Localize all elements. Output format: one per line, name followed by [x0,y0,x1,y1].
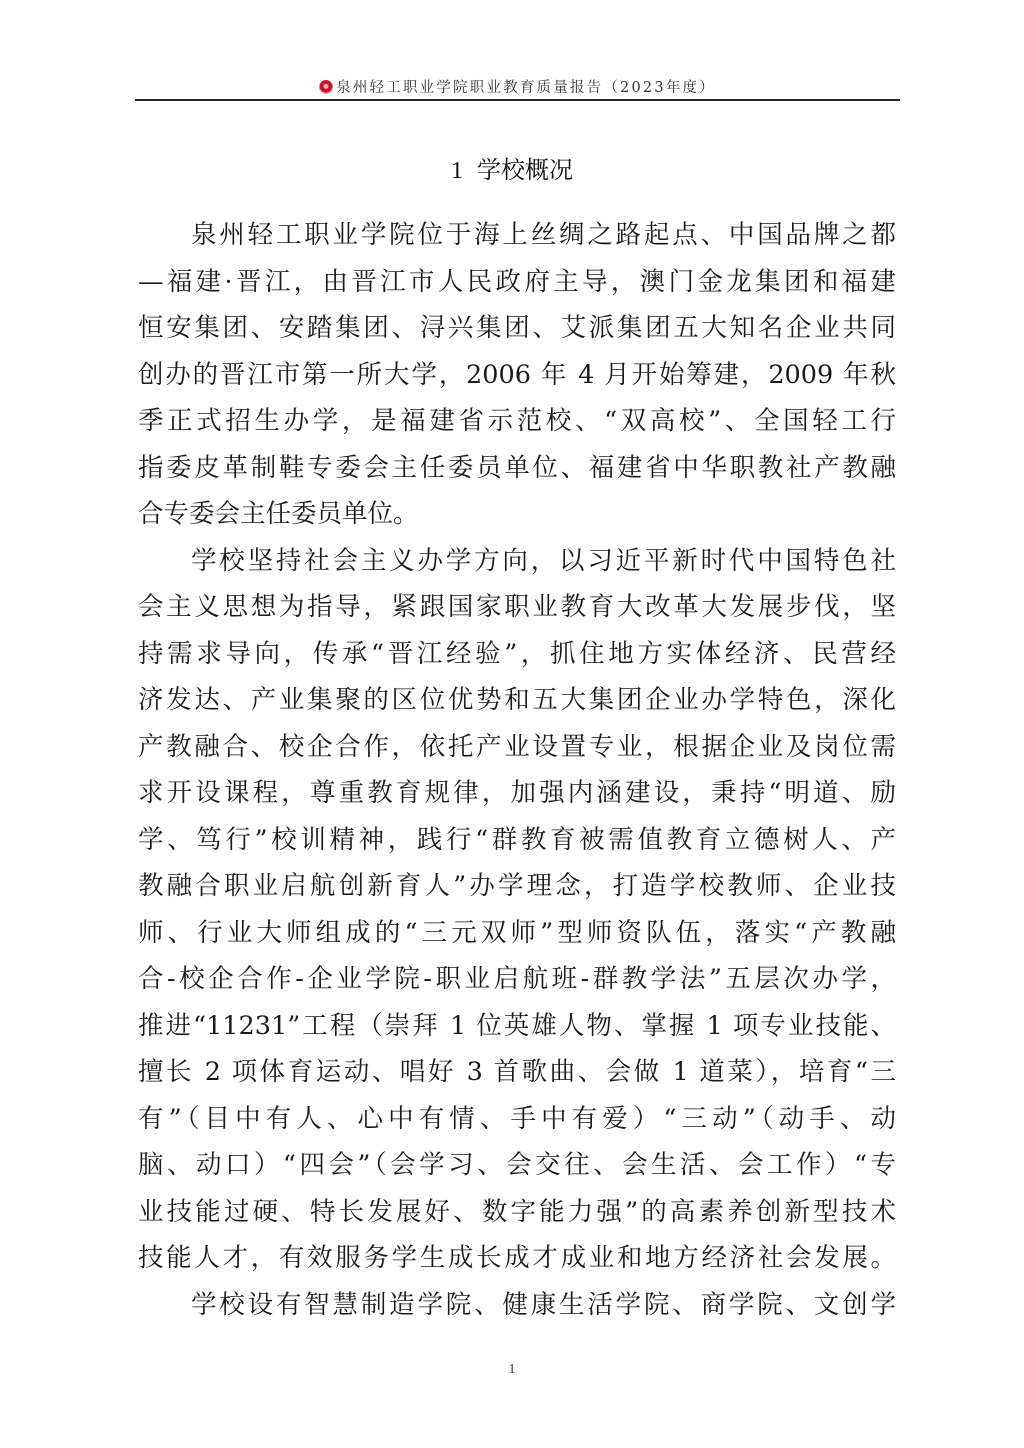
text-line: 擅长 2 项体育运动、唱好 3 首歌曲、会做 1 道菜），培育“三 [138,1049,896,1096]
text-line: 济发达、产业集聚的区位优势和五大集团企业办学特色，深化 [138,677,896,724]
school-emblem-icon [319,80,333,94]
section-title: 1学校概况 [0,150,1024,185]
text-line: 教融合职业启航创新育人”办学理念，打造学校教师、企业技 [138,863,896,910]
text-line: 求开设课程，尊重教育规律，加强内涵建设，秉持“明道、励 [138,770,896,817]
text-line: 业技能过硬、特长发展好、数字能力强”的高素养创新型技术 [138,1189,896,1236]
text-line: 推进“11231”工程（崇拜 1 位英雄人物、掌握 1 项专业技能、 [138,1003,896,1050]
text-line: 学校设有智慧制造学院、健康生活学院、商学院、文创学 [138,1282,896,1329]
text-line: 产教融合、校企合作，依托产业设置专业，根据企业及岗位需 [138,724,896,771]
text-line: 有”（目中有人、心中有情、手中有爱）“三动”（动手、动 [138,1096,896,1143]
text-line: 持需求导向，传承“晋江经验”，抓住地方实体经济、民营经 [138,631,896,678]
text-line: 泉州轻工职业学院位于海上丝绸之路起点、中国品牌之都 [138,212,896,259]
text-line: 脑、动口）“四会”（会学习、会交往、会生活、会工作）“专 [138,1142,896,1189]
running-title: 泉州轻工职业学院职业教育质量报告（2023年度） [336,80,716,96]
text-line: 会主义思想为指导，紧跟国家职业教育大改革大发展步伐，坚 [138,584,896,631]
text-line: 指委皮革制鞋专委会主任委员单位、福建省中华职教社产教融 [138,445,896,492]
section-number: 1 [451,158,463,184]
text-line: 学、笃行”校训精神，践行“群教育被需值教育立德树人、产 [138,817,896,864]
text-line: 季正式招生办学，是福建省示范校、“双高校”、全国轻工行 [138,398,896,445]
page-number: 1 [0,1362,1024,1378]
section-title-text: 学校概况 [477,156,573,184]
text-line: 创办的晋江市第一所大学，2006 年 4 月开始筹建，2009 年秋 [138,352,896,399]
text-line: 学校坚持社会主义办学方向，以习近平新时代中国特色社 [138,538,896,585]
header-rule [135,99,900,101]
text-line: —福建·晋江，由晋江市人民政府主导，澳门金龙集团和福建 [138,259,896,306]
text-line: 合专委会主任委员单位。 [138,491,896,538]
body-text: 泉州轻工职业学院位于海上丝绸之路起点、中国品牌之都—福建·晋江，由晋江市人民政府… [138,212,896,1328]
text-line: 合-校企合作-企业学院-职业启航班-群教学法”五层次办学， [138,956,896,1003]
text-line: 师、行业大师组成的“三元双师”型师资队伍，落实“产教融 [138,910,896,957]
text-line: 恒安集团、安踏集团、浔兴集团、艾派集团五大知名企业共同 [138,305,896,352]
text-line: 技能人才，有效服务学生成长成才成业和地方经济社会发展。 [138,1235,896,1282]
running-header: 泉州轻工职业学院职业教育质量报告（2023年度） [135,70,900,100]
running-header-text-row: 泉州轻工职业学院职业教育质量报告（2023年度） [135,76,900,97]
